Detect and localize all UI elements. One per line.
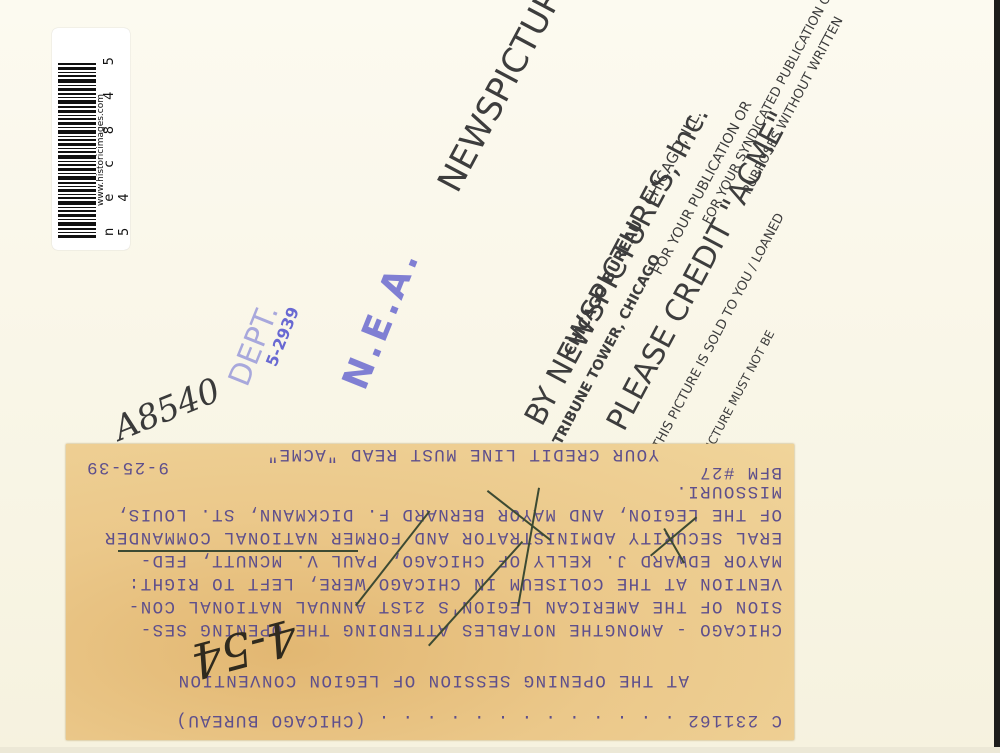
edge-shadow — [994, 0, 1000, 753]
caption-line: MAYOR EDWARD J. KELLY OF CHICAGO, PAUL V… — [139, 550, 782, 570]
pencil-stroke — [118, 550, 358, 552]
caption-line: SION OF THE AMERICAN LEGION'S 21ST ANNUA… — [127, 596, 782, 616]
barcode-digits: n e c 8 4 5 5 4 — [102, 36, 132, 236]
handwritten-code: A8540 — [108, 370, 226, 449]
caption-line: OF THE LEGION, AND MAYOR BERNARD F. DICK… — [116, 504, 783, 524]
caption-line: C 231162 . . . . . . . . . . . . . (CHIC… — [175, 710, 782, 730]
barcode-label: n e c 8 4 5 5 4 www.historicimages.com — [52, 28, 130, 250]
nea-stamp: N.E.A. — [335, 243, 429, 396]
caption-line: MISSOURI. — [675, 481, 782, 501]
photo-back: n e c 8 4 5 5 4 www.historicimages.com N… — [0, 0, 1000, 753]
barcode-bars — [58, 48, 96, 238]
caption-line: 9-25-39 — [86, 457, 169, 477]
barcode-url: www.historicimages.com — [96, 94, 106, 206]
caption-line: BFM #27 — [699, 462, 782, 482]
caption-line: YOUR CREDIT LINE MUST READ "ACME" — [266, 444, 659, 464]
acme-stamp-line: FOR YOUR SYNDICATED PUBLICATION OR — [700, 0, 839, 227]
caption-line: VENTION AT THE COLISEUM IN CHICAGO WERE,… — [127, 573, 782, 593]
caption-slip: C 231162 . . . . . . . . . . . . . (CHIC… — [66, 444, 794, 740]
bottom-edge — [0, 747, 1000, 753]
acme-stamp-line: NEWSPICTURES, Inc. — [430, 0, 630, 199]
